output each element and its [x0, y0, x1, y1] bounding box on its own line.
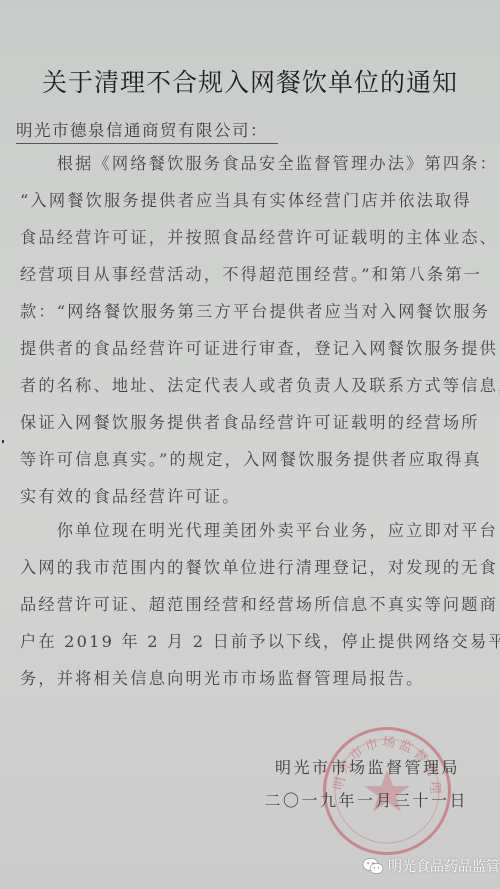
document-title: 关于清理不合规入网餐饮单位的通知	[0, 63, 500, 99]
text-line: 款：“网络餐饮服务第三方平台提供者应当对入网餐饮服务	[20, 293, 492, 330]
text-line: 者的名称、地址、法定代表人或者负责人及联系方式等信息，	[20, 367, 492, 404]
text-line: 根据《网络餐饮服务食品安全监督管理办法》第四条：	[20, 145, 492, 182]
wechat-watermark: 明光食品药品监管	[362, 856, 500, 876]
text-line: 保证入网餐饮服务提供者食品经营许可证载明的经营场所	[20, 404, 492, 441]
text-line: 食品经营许可证，并按照食品经营许可证载明的主体业态、	[20, 219, 492, 256]
paper-speck	[2, 440, 4, 443]
text-line: “入网餐饮服务提供者应当具有实体经营门店并依法取得	[20, 182, 492, 219]
text-line: 户在 2019 年 2 月 2 日前予以下线，停止提供网络交易平台服	[20, 623, 492, 660]
text-line: 务，并将相关信息向明光市市场监督管理局报告。	[20, 660, 492, 697]
text-line: 实有效的食品经营许可证。	[20, 478, 492, 515]
wechat-icon	[362, 857, 384, 875]
text-line: 等许可信息真实。”的规定，入网餐饮服务提供者应取得真	[20, 441, 492, 478]
paragraph-instruction: 你单位现在明光代理美团外卖平台业务，应立即对平台 入网的我市范围内的餐饮单位进行…	[20, 512, 492, 697]
text-line: 入网的我市范围内的餐饮单位进行清理登记，对发现的无食	[20, 549, 492, 586]
text-line: 经营项目从事经营活动，不得超范围经营。”和第八条第一	[20, 256, 492, 293]
watermark-text: 明光食品药品监管	[388, 856, 500, 876]
paragraph-regulation: 根据《网络餐饮服务食品安全监督管理办法》第四条： “入网餐饮服务提供者应当具有实…	[20, 145, 492, 515]
text-line: 品经营许可证、超范围经营和经营场所信息不真实等问题商	[20, 586, 492, 623]
addressee: 明光市德泉信通商贸有限公司：	[16, 117, 278, 144]
text-line: 你单位现在明光代理美团外卖平台业务，应立即对平台	[20, 512, 492, 549]
signature-organization: 明光市市场监督管理局	[275, 755, 460, 778]
signature-date: 二〇一九年一月三十一日	[264, 788, 468, 811]
text-line: 提供者的食品经营许可证进行审查，登记入网餐饮服务提供	[20, 330, 492, 367]
